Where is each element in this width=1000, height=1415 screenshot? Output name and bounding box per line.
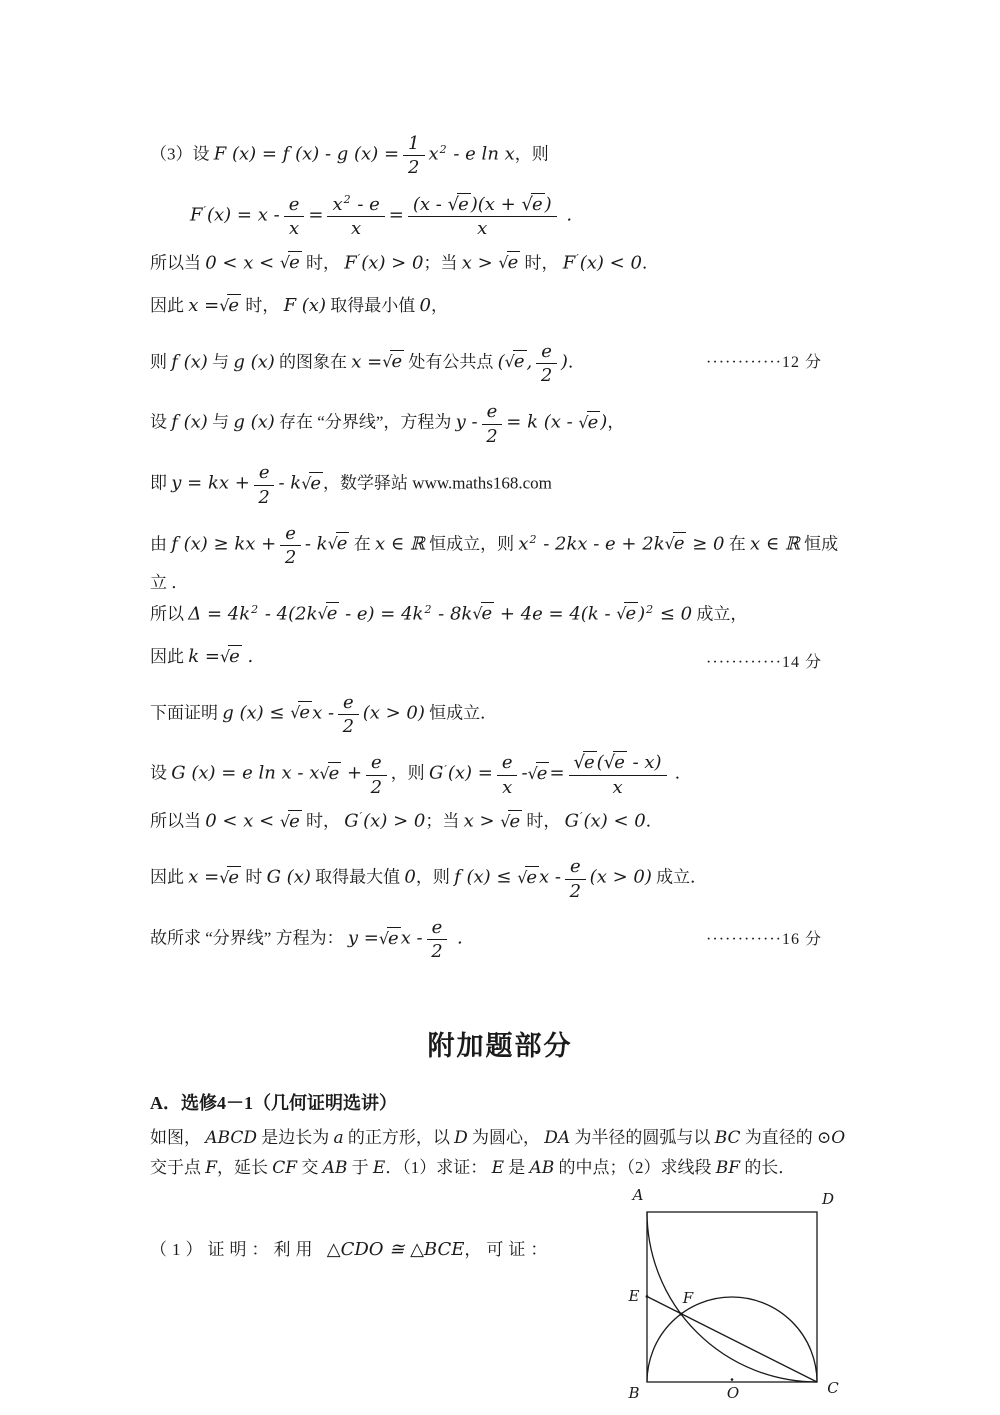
math-run: f (x) ≥ kx +: [171, 533, 276, 554]
text-run: 成立，: [692, 604, 747, 623]
fraction: ex: [497, 751, 518, 799]
text-run: ．: [642, 253, 659, 272]
math-run: - k: [278, 473, 301, 494]
math-run: e: [537, 763, 548, 784]
label-b: B: [627, 1384, 639, 1402]
math-run: x -: [539, 867, 561, 888]
square-root: √e: [280, 811, 302, 834]
label-f: F: [682, 1289, 694, 1307]
math-run: e: [371, 752, 382, 773]
math-line-6: 设 f (x) 与 g (x) 存在 “分界线”，方程为 y -e2= k (x…: [150, 398, 850, 450]
text-run: 恒成立．: [425, 703, 497, 722]
text-run: （1）证明：利用: [150, 1240, 327, 1259]
text-run: 的中点；（2）求线段: [554, 1158, 716, 1177]
math-run: e: [674, 533, 685, 554]
text-run: 因此: [150, 868, 188, 887]
math-run: x: [502, 777, 512, 798]
math-run: (x) < 0: [584, 811, 646, 832]
text-run: 则: [150, 352, 171, 371]
math-run: g (x) ≤: [222, 702, 290, 723]
text-run: 故所求 “分界线” 方程为：: [150, 929, 348, 948]
text-run: 即: [150, 474, 171, 493]
text-run: 交: [297, 1158, 323, 1177]
math-run: =: [389, 204, 404, 225]
math-run: F: [344, 252, 357, 273]
fraction: (x - √e)(x + √e)x: [408, 193, 557, 241]
math-run: F (x): [284, 295, 326, 316]
math-line-9: 所以 Δ = 4k2 - 4(2k√e - e) = 4k2 - 8k√e + …: [150, 603, 850, 637]
math-run: E: [373, 1158, 385, 1178]
label-d: D: [821, 1190, 834, 1208]
text-run: ，则: [515, 145, 549, 164]
score-marker: ············12 分: [706, 353, 822, 373]
math-run: y = kx +: [171, 473, 250, 494]
math-run: G (x): [267, 867, 311, 888]
math-run: x ∈ ℝ: [375, 533, 425, 554]
text-run: 于: [347, 1158, 373, 1177]
math-run: f (x) ≤: [454, 867, 517, 888]
math-run: DA: [544, 1128, 570, 1148]
math-run: ≥ 0: [686, 533, 724, 554]
text-run: 时，: [241, 296, 284, 315]
math-run: ): [561, 351, 568, 372]
math-run: F: [563, 252, 576, 273]
text-run: ，则: [391, 764, 429, 783]
text-run: 是: [504, 1158, 530, 1177]
square-root: √e: [382, 351, 404, 374]
superscript: 2: [440, 143, 447, 156]
label-c: C: [827, 1379, 839, 1397]
geometry-figure: A D E F B O C: [622, 1185, 847, 1415]
superscript: ′: [580, 810, 583, 823]
math-run: 2: [343, 716, 354, 737]
label-o: O: [727, 1384, 739, 1402]
math-run: ≤ 0: [654, 603, 692, 624]
text-run: ，: [607, 413, 624, 432]
math-run: (x) > 0: [361, 252, 423, 273]
math-line-2: F′(x) = x -ex=x2 - ex=(x - √e)(x + √e)x …: [150, 191, 850, 243]
text-run: 时，: [520, 253, 563, 272]
text-run: 时，: [522, 812, 565, 831]
math-run: )(x +: [471, 194, 522, 215]
math-run: G (x) = e ln x - x: [171, 763, 319, 784]
math-run: - 4(2k: [259, 603, 317, 624]
math-run: E: [492, 1158, 504, 1178]
math-line-10: 因此 k =√e .············14 分: [150, 646, 850, 680]
math-run: (x) > 0: [363, 811, 425, 832]
superscript: 2: [344, 193, 351, 206]
superscript: 2: [424, 603, 431, 616]
math-run: y -: [456, 412, 478, 433]
superscript: 2: [251, 603, 258, 616]
math-run: 2: [285, 547, 296, 568]
text-run: 如图，: [150, 1128, 205, 1147]
superscript: ′: [576, 252, 579, 265]
math-run: ABCD: [205, 1128, 257, 1148]
math-run: e: [588, 412, 599, 433]
superscript: ′: [204, 204, 207, 217]
text-run: ．: [646, 812, 663, 831]
text-run: 为直径的: [741, 1128, 818, 1147]
fraction: e2: [427, 916, 448, 964]
math-run: CF: [272, 1158, 297, 1178]
text-run: ．: [568, 352, 585, 371]
math-run: f (x): [171, 351, 208, 372]
problem-a-statement: 如图， ABCD 是边长为 a 的正方形，以 D 为圆心， DA 为半径的圆弧与…: [150, 1123, 850, 1184]
math-run: x =: [188, 295, 219, 316]
text-run: 是边长为: [257, 1128, 334, 1147]
square-root: √e: [517, 867, 539, 890]
text-run: ，延长: [217, 1158, 272, 1177]
math-run: x >: [464, 811, 501, 832]
math-run: x >: [462, 252, 499, 273]
text-run: 处有公共点: [404, 352, 498, 371]
math-line-13: 所以当 0 < x < √e 时， G′(x) > 0；当 x > √e 时， …: [150, 810, 850, 844]
text-run: ．: [671, 764, 692, 783]
math-run: e: [327, 603, 338, 624]
math-run: e: [509, 811, 520, 832]
math-run: e: [514, 351, 525, 372]
text-run: 下面证明: [150, 703, 222, 722]
math-run: e: [508, 252, 519, 273]
math-run: 2: [258, 487, 269, 508]
math-run: 0: [404, 867, 415, 888]
math-run: 2: [371, 777, 382, 798]
square-root: √e: [498, 252, 520, 275]
math-run: e: [388, 928, 399, 949]
math-run: (: [597, 752, 604, 773]
text-run: 由: [150, 534, 171, 553]
label-e: E: [628, 1287, 640, 1305]
text-run: （3）设: [150, 145, 214, 164]
score-marker: ············16 分: [706, 930, 822, 950]
math-run: F (x) = f (x) - g (x) =: [214, 144, 399, 165]
math-run: 2: [408, 157, 419, 178]
fraction: e2: [254, 461, 275, 509]
appendix-title: 附加题部分: [150, 1024, 850, 1063]
text-run: 为圆心，: [468, 1128, 545, 1147]
text-run: 所以当: [150, 812, 205, 831]
math-run: f (x): [171, 412, 208, 433]
superscript: ′: [444, 763, 447, 776]
math-run: e: [614, 752, 625, 773]
math-run: e: [584, 752, 595, 773]
square-root: √e: [301, 473, 323, 496]
text-run: 时，: [302, 812, 345, 831]
math-run: Δ = 4k: [188, 603, 250, 624]
text-run: 在: [724, 534, 750, 553]
math-run: e: [299, 702, 310, 723]
square-root: √e: [219, 295, 241, 318]
math-run: ): [638, 603, 645, 624]
math-run: F: [190, 204, 203, 225]
math-run: k =: [188, 646, 220, 667]
math-line-11: 下面证明 g (x) ≤ √ex -e2(x > 0) 恒成立．: [150, 689, 850, 741]
math-run: x: [518, 533, 528, 554]
math-run: (x > 0): [363, 702, 425, 723]
math-line-14: 因此 x =√e 时 G (x) 取得最大值 0，则 f (x) ≤ √ex -…: [150, 853, 850, 905]
text-run: ；当: [423, 253, 461, 272]
math-run: + 4e = 4(k -: [494, 603, 616, 624]
square-root: √e: [665, 533, 687, 556]
math-run: e: [229, 646, 240, 667]
square-root: √e: [528, 763, 550, 786]
fraction: x2 - ex: [327, 193, 384, 241]
math-run: x =: [351, 351, 382, 372]
text-run: ．（1）求证：: [385, 1158, 491, 1177]
text-run: 的图象在: [275, 352, 352, 371]
math-run: ): [545, 194, 552, 215]
text-run: 取得最大值: [311, 868, 405, 887]
text-run: 成立．: [652, 868, 707, 887]
superscript: 2: [646, 603, 653, 616]
text-run: 存在 “分界线”，方程为: [275, 413, 456, 432]
math-run: x -: [401, 928, 423, 949]
math-run: - k: [305, 533, 328, 554]
math-run: .: [242, 646, 253, 667]
square-root: √e: [472, 603, 494, 626]
superscript: ′: [360, 810, 363, 823]
math-line-1: （3）设 F (x) = f (x) - g (x) =12x2 - e ln …: [150, 130, 850, 182]
math-run: BC: [715, 1128, 741, 1148]
math-run: G: [344, 811, 358, 832]
superscript: ′: [358, 252, 361, 265]
math-run: x: [351, 218, 361, 239]
math-line-15: 故所求 “分界线” 方程为： y =√ex -e2 .············1…: [150, 914, 850, 966]
math-run: e: [329, 763, 340, 784]
solution-lines: （3）设 F (x) = f (x) - g (x) =12x2 - e ln …: [150, 130, 850, 966]
math-run: AB: [529, 1158, 554, 1178]
math-run: D: [454, 1128, 468, 1148]
math-run: - 8k: [432, 603, 472, 624]
math-line-12: 设 G (x) = e ln x - x√e +e2，则 G′(x) =ex-√…: [150, 749, 850, 801]
square-root: √e: [219, 867, 241, 890]
math-run: e: [625, 603, 636, 624]
square-diagram: A D E F B O C: [622, 1185, 847, 1415]
math-run: G: [429, 763, 443, 784]
math-run: y =: [348, 928, 379, 949]
math-run: x: [429, 144, 439, 165]
section-a-heading: A．选修4－1（几何证明选讲）: [150, 1089, 850, 1115]
math-run: ⊙O: [817, 1128, 845, 1148]
fraction: e2: [536, 340, 557, 388]
math-run: e: [337, 533, 348, 554]
text-run: 交于点: [150, 1158, 205, 1177]
fraction: e2: [366, 751, 387, 799]
text-run: 设: [150, 413, 171, 432]
square-root: √e: [505, 351, 527, 374]
math-run: - e ln x: [448, 144, 515, 165]
math-run: e: [432, 917, 443, 938]
math-run: BF: [716, 1158, 740, 1178]
math-run: e: [259, 462, 270, 483]
text-run: ，: [431, 296, 448, 315]
math-run: - e: [352, 194, 380, 215]
math-line-7: 即 y = kx +e2- k√e，数学驿站 www.maths168.com: [150, 459, 850, 511]
square-root: √e: [290, 702, 312, 725]
document-page: （3）设 F (x) = f (x) - g (x) =12x2 - e ln …: [0, 0, 1000, 1415]
math-run: e: [526, 867, 537, 888]
solution-content: （3）设 F (x) = f (x) - g (x) =12x2 - e ln …: [150, 130, 850, 1265]
math-run: e: [310, 473, 321, 494]
math-run: .: [561, 204, 572, 225]
text-run: ，数学驿站 www.maths168.com: [323, 474, 552, 493]
math-line-5: 则 f (x) 与 g (x) 的图象在 x =√e 处有公共点 (√e,e2)…: [150, 338, 850, 390]
math-run: (x) < 0: [580, 252, 642, 273]
math-run: e: [502, 752, 513, 773]
math-run: = k (x -: [506, 412, 578, 433]
text-run: ，可证：: [464, 1240, 552, 1259]
math-run: 2: [486, 426, 497, 447]
square-root: √e: [521, 193, 544, 216]
text-run: 时，: [302, 253, 345, 272]
math-run: =: [549, 763, 564, 784]
math-run: ,: [527, 351, 533, 372]
text-run: ，则: [416, 868, 454, 887]
math-run: AB: [323, 1158, 348, 1178]
math-run: x ∈ ℝ: [750, 533, 800, 554]
point-o-dot: [731, 1378, 734, 1381]
text-run: 恒成立，则: [425, 534, 519, 553]
math-run: +: [341, 763, 362, 784]
math-run: e: [343, 692, 354, 713]
label-a: A: [631, 1186, 644, 1204]
math-run: e: [532, 194, 543, 215]
math-run: (x) =: [448, 763, 493, 784]
math-run: 2: [541, 365, 552, 386]
math-run: =: [308, 204, 323, 225]
math-run: x: [612, 777, 622, 798]
text-run: 所以: [150, 604, 188, 623]
text-run: 取得最小值: [326, 296, 420, 315]
math-run: 0 < x <: [205, 252, 280, 273]
math-line-3: 所以当 0 < x < √e 时， F′(x) > 0；当 x > √e 时， …: [150, 252, 850, 286]
text-run: 在: [349, 534, 375, 553]
math-run: (x) = x -: [207, 204, 280, 225]
math-run: x -: [312, 702, 334, 723]
math-run: 2: [570, 881, 581, 902]
square-root: √e: [616, 603, 638, 626]
math-run: e: [289, 194, 300, 215]
square-root: √e: [379, 928, 401, 951]
math-run: G: [565, 811, 579, 832]
score-marker: ············14 分: [706, 653, 822, 673]
math-run: e: [458, 194, 469, 215]
math-run: x: [332, 194, 342, 215]
text-run: 设: [150, 764, 171, 783]
math-line-8: 由 f (x) ≥ kx +e2- k√e 在 x ∈ ℝ 恒成立，则 x2 -…: [150, 520, 850, 594]
math-run: (x -: [413, 194, 448, 215]
square-root: √e: [578, 412, 600, 435]
text-run: ；当: [425, 812, 463, 831]
fraction: √e(√e - x)x: [569, 751, 667, 799]
math-run: e: [289, 252, 300, 273]
math-run: e: [289, 811, 300, 832]
point-f-dot: [679, 1312, 682, 1315]
math-run: e: [541, 341, 552, 362]
math-run: .: [451, 928, 462, 949]
math-run: e: [482, 603, 493, 624]
math-run: - e) = 4k: [339, 603, 423, 624]
math-run: 1: [408, 133, 419, 154]
square-root: √e: [319, 763, 341, 786]
math-run: 0 < x <: [205, 811, 280, 832]
square-root: √e: [604, 751, 627, 774]
square-root: √e: [448, 193, 471, 216]
square-root: √e: [574, 751, 597, 774]
math-run: F: [205, 1158, 217, 1178]
math-run: △CDO ≅ △BCE: [327, 1239, 465, 1260]
math-run: e: [391, 351, 402, 372]
text-run: 时: [241, 868, 267, 887]
math-run: e: [228, 295, 239, 316]
math-line-4: 因此 x =√e 时， F (x) 取得最小值 0，: [150, 295, 850, 329]
math-run: 0: [420, 295, 431, 316]
text-run: 的正方形，以: [344, 1128, 455, 1147]
text-run: 因此: [150, 647, 188, 666]
math-run: 2: [431, 941, 442, 962]
text-run: 因此: [150, 296, 188, 315]
fraction: e2: [565, 855, 586, 903]
fraction: 12: [403, 132, 424, 180]
math-run: a: [333, 1128, 343, 1148]
square-root: √e: [318, 603, 340, 626]
fraction: ex: [284, 193, 305, 241]
fraction: e2: [338, 691, 359, 739]
math-run: (: [498, 351, 505, 372]
point-e-dot: [646, 1295, 649, 1298]
square-root: √e: [220, 646, 242, 669]
fraction: e2: [280, 522, 301, 570]
math-run: e: [487, 401, 498, 422]
text-run: 与: [208, 413, 234, 432]
math-run: x: [289, 218, 299, 239]
math-run: x: [477, 218, 487, 239]
math-run: e: [228, 867, 239, 888]
text-run: 与: [208, 352, 234, 371]
square-root: √e: [328, 533, 350, 556]
text-run: 所以当: [150, 253, 205, 272]
square-root: √e: [280, 252, 302, 275]
math-run: - x): [627, 752, 662, 773]
math-run: e: [285, 523, 296, 544]
square-root: √e: [500, 811, 522, 834]
math-run: (x > 0): [590, 867, 652, 888]
text-run: 的长．: [740, 1158, 795, 1177]
math-run: g (x): [233, 351, 274, 372]
text-run: 为半径的圆弧与以: [570, 1128, 715, 1147]
line-ec: [647, 1297, 817, 1383]
math-run: e: [570, 856, 581, 877]
proof-line: （1）证明：利用 △CDO ≅ △BCE，可证：: [150, 1236, 630, 1265]
superscript: 2: [530, 533, 537, 546]
math-run: - 2kx - e + 2k: [538, 533, 665, 554]
math-run: x =: [188, 867, 219, 888]
math-run: g (x): [233, 412, 274, 433]
fraction: e2: [482, 400, 503, 448]
